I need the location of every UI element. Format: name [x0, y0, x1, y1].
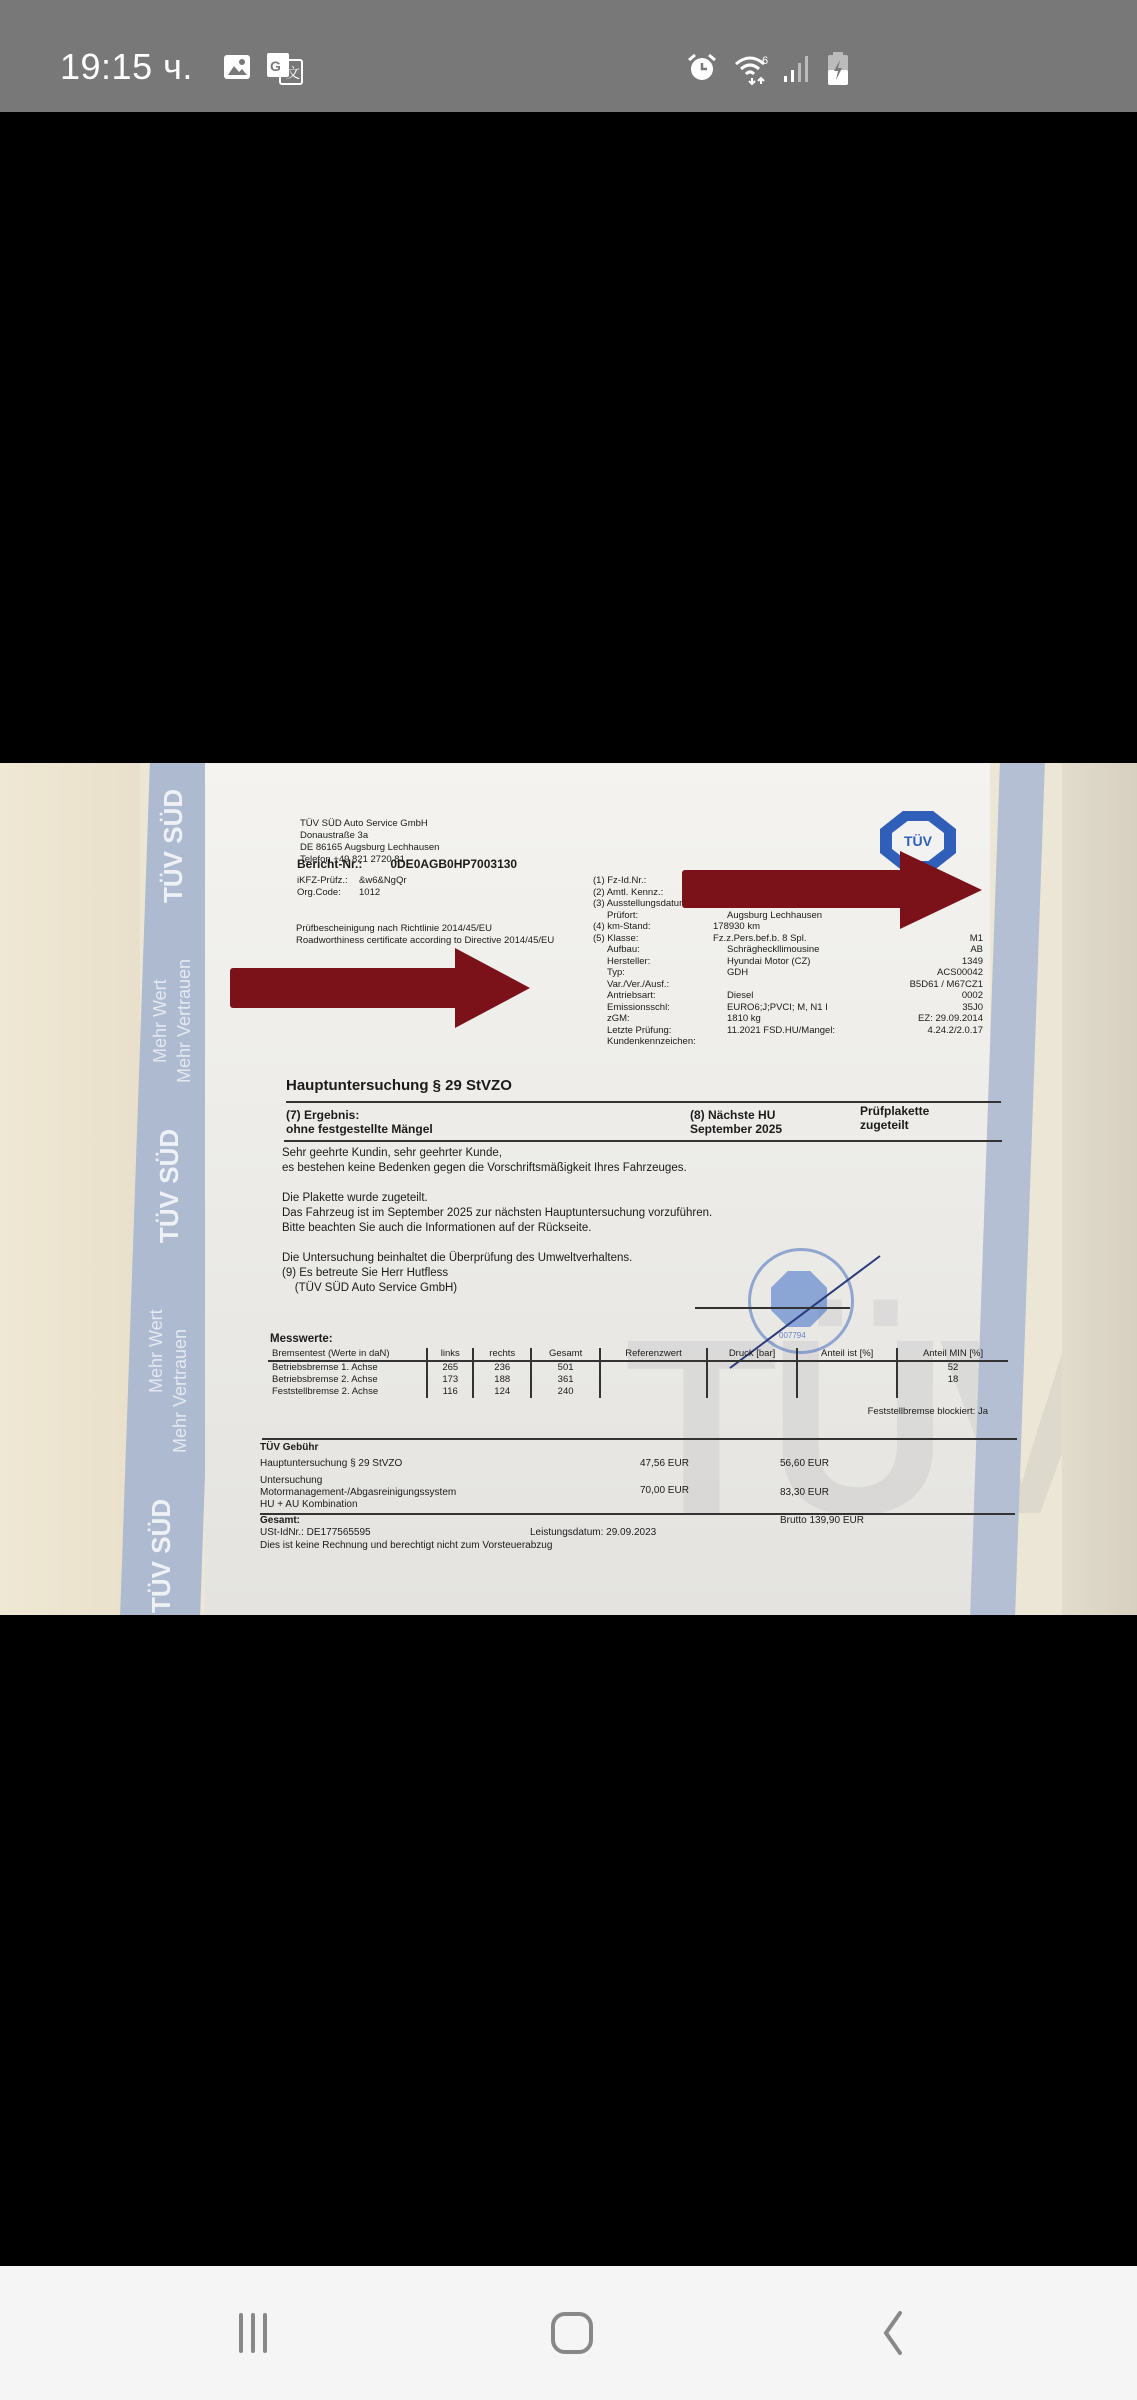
home-button[interactable]: [542, 2308, 602, 2358]
clock: 19:15 ч.: [60, 46, 193, 88]
stripe-brand-text: TÜV SÜD: [158, 789, 189, 903]
vehicle-row: Kundenkennzeichen:: [593, 1036, 983, 1048]
vehicle-row: Hersteller:Hyundai Motor (CZ)1349: [593, 956, 983, 968]
back-icon: [872, 2308, 912, 2358]
vehicle-row: (5) Klasse:Fz.z.Pers.bef.b. 8 Spl.M1: [593, 933, 983, 945]
home-icon: [547, 2308, 597, 2358]
gallery-icon: [222, 52, 252, 82]
table-row: Betriebsbremse 2. Achse17318836118: [268, 1374, 1008, 1386]
navigation-bar: [0, 2266, 1137, 2400]
report-number: Bericht-Nr.: 0DE0AGB0HP7003130: [297, 858, 517, 870]
svg-text:6: 6: [762, 55, 768, 67]
vehicle-row: Typ:GDHACS00042: [593, 967, 983, 979]
table-row: Betriebsbremse 1. Achse26523650152: [268, 1361, 1008, 1374]
recent-apps-icon: [233, 2311, 273, 2355]
vehicle-row: zGM:1810 kgEZ: 29.09.2014: [593, 1013, 983, 1025]
badge-value: zugeteilt: [860, 1118, 1000, 1132]
alarm-icon: [686, 52, 716, 82]
vehicle-row: Antriebsart:Diesel0002: [593, 990, 983, 1002]
inspection-title: Hauptuntersuchung § 29 StVZO: [286, 1080, 512, 1092]
signal-icon: [782, 52, 812, 82]
table-row: Feststellbremse 2. Achse116124240: [268, 1386, 1008, 1398]
recent-apps-button[interactable]: [223, 2308, 283, 2358]
document-photo[interactable]: TÜV SÜD Mehr Wert Mehr Vertrauen TÜV SÜD…: [0, 763, 1137, 1615]
vehicle-row: Letzte Prüfung:11.2021 FSD.HU/Mangel:4.2…: [593, 1025, 983, 1037]
battery-charging-icon: [826, 52, 850, 82]
vehicle-row: Aufbau:SchrägheckllimousineAB: [593, 944, 983, 956]
brake-test-table: Bremsentest (Werte in daN)linksrechtsGes…: [268, 1348, 1008, 1418]
vehicle-row: Emissionsschl:EURO6;J;PVCI; M, N1 I35J0: [593, 1002, 983, 1014]
badge-label: Prüfplakette: [860, 1104, 1000, 1118]
letter-text: Sehr geehrte Kundin, sehr geehrter Kunde…: [282, 1146, 712, 1296]
status-bar: 19:15 ч. G文 6: [0, 0, 1137, 112]
meta-fields: iKFZ-Prüfz.:&w6&NgQr Org.Code:1012: [297, 875, 499, 899]
back-button[interactable]: [862, 2308, 922, 2358]
svg-text:G: G: [270, 58, 281, 74]
svg-text:文: 文: [286, 65, 300, 81]
translate-icon: G文: [266, 52, 306, 82]
certificate-note: Prüfbescheinigung nach Richtlinie 2014/4…: [296, 923, 554, 947]
fees-section: TÜV Gebühr Hauptuntersuchung § 29 StVZO …: [260, 1438, 1020, 1552]
wifi-6-icon: 6: [734, 52, 774, 82]
vehicle-row: Var./Ver./Ausf.:B5D61 / M67CZ1: [593, 979, 983, 991]
vehicle-row: (4) km-Stand:178930 km: [593, 921, 983, 933]
